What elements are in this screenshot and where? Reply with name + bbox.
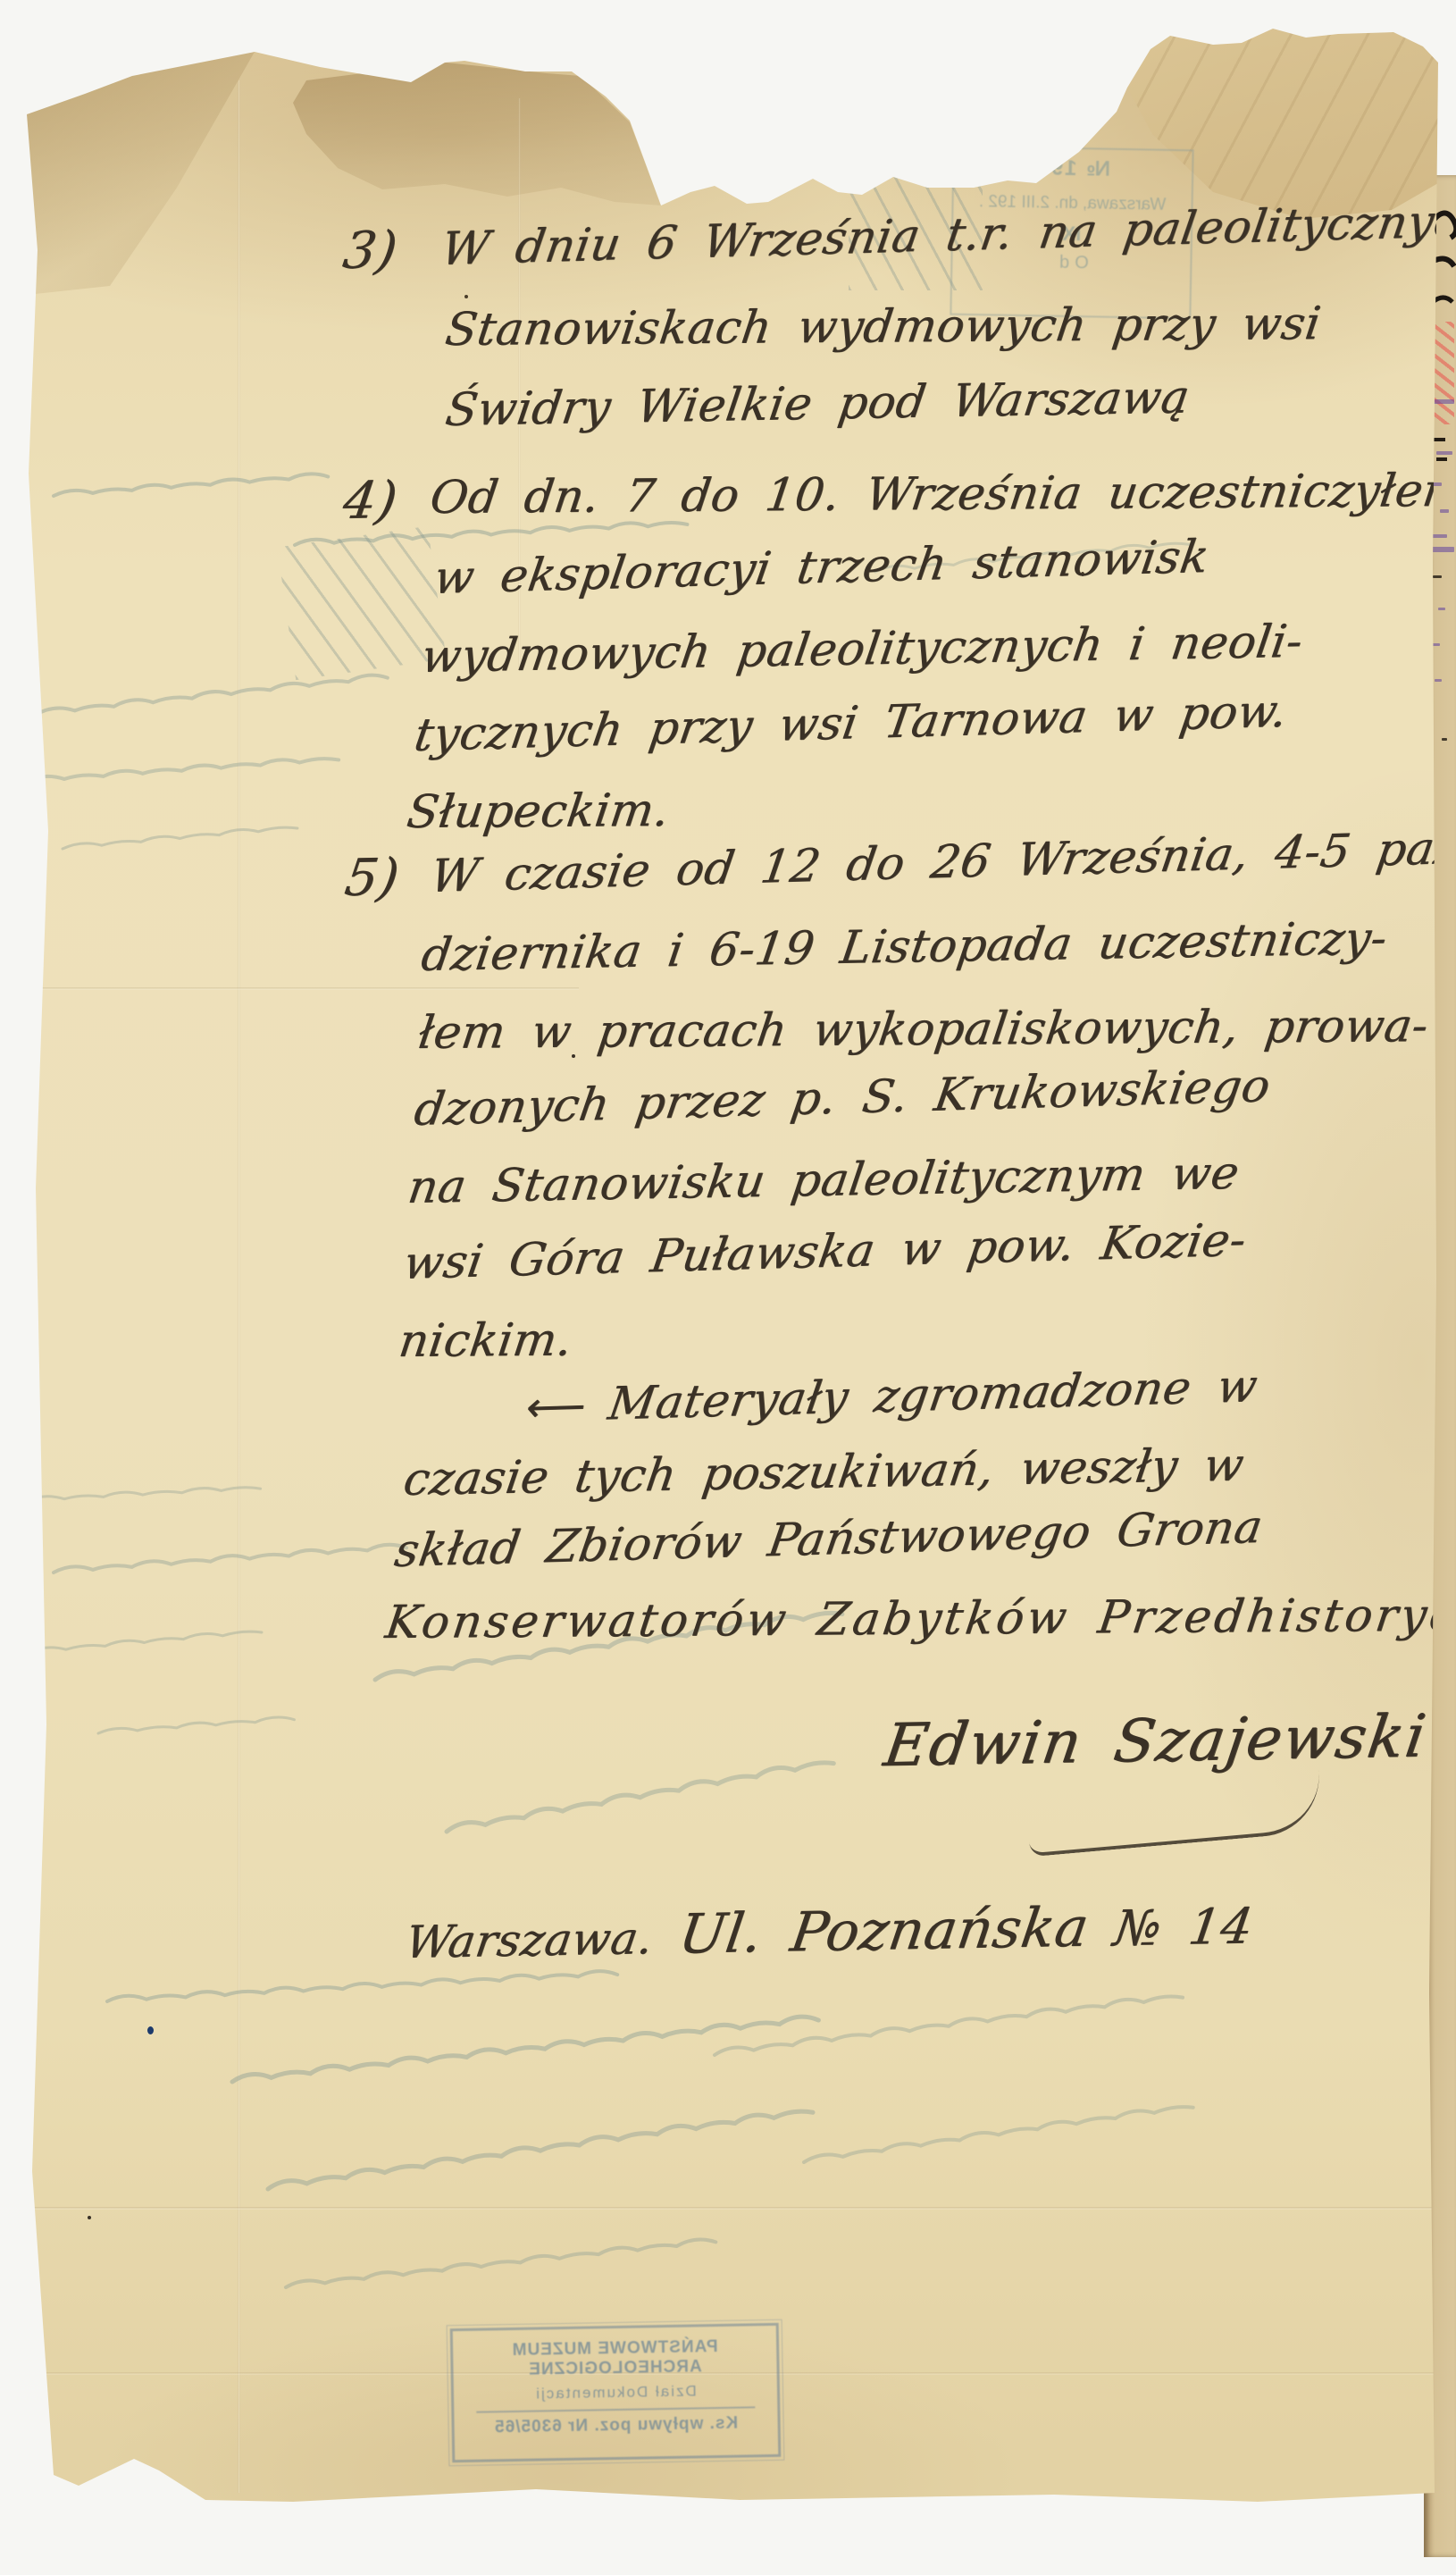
- signature-flourish: [1025, 1771, 1325, 1858]
- purple-mark: [1440, 509, 1449, 513]
- purple-mark: [1436, 451, 1452, 455]
- handwriting-line: dzonych przez p. S. Krukowskiego: [411, 1060, 1274, 1137]
- stamp-row: № 196: [954, 155, 1192, 184]
- signature: Edwin Szajewski: [880, 1701, 1431, 1780]
- handwriting-line: wsi Góra Puławska w pow. Kozie-: [400, 1214, 1250, 1290]
- closing-text: Materyały zgromadzone w: [605, 1360, 1260, 1430]
- ink-speck: [147, 2026, 154, 2034]
- item-marker: 5): [341, 848, 403, 908]
- address-city: Warszawa.: [402, 1912, 656, 1968]
- handwriting-line: Od dn. 7 do 10. Września uczestniczyłem: [427, 465, 1456, 524]
- handwriting-line: dziernika i 6-19 Listopada uczestniczy-: [418, 912, 1391, 982]
- handwriting-line: tycznych przy wsi Tarnowa w pow.: [411, 685, 1291, 762]
- letter-page: № 196 Warszawa, dn. 2.III 192 . IX Od PA…: [25, 27, 1440, 2518]
- fold-crease: [25, 2207, 1436, 2210]
- address-street: Ul. Poznańska: [675, 1896, 1092, 1967]
- handwriting-line: nickim.: [396, 1314, 575, 1368]
- stamp-divider: [477, 2406, 755, 2412]
- stamp-row: Ks. wpływu poz. Nr 6305/65: [454, 2413, 777, 2438]
- fold-crease: [25, 987, 579, 990]
- handwriting-line: wydmowych paleolitycznych i neoli-: [418, 616, 1306, 684]
- torn-corner-fold: [25, 27, 293, 331]
- ink-speck: [1442, 738, 1447, 741]
- item-marker: 4): [339, 471, 401, 531]
- museum-stamp-bleed: PAŃSTWOWE MUZEUM ARCHEOLOGICZNE Dział Do…: [450, 2323, 782, 2462]
- ink-speck: [88, 2216, 91, 2219]
- ink-speck: [464, 295, 468, 298]
- handwriting-line: Stanowiskach wydmowych przy wsi: [442, 298, 1324, 356]
- ink-speck: [1433, 575, 1442, 578]
- handwriting-line: Słupeckim.: [404, 784, 673, 839]
- handwriting-line: czasie tych poszukiwań, weszły w: [400, 1439, 1247, 1506]
- handwriting-line: ⟵ Materyały zgromadzone w: [523, 1360, 1261, 1433]
- leading-dash-arrow: ⟵: [523, 1381, 585, 1431]
- handwriting-line: na Stanowisku paleolitycznym we: [405, 1147, 1243, 1214]
- fold-crease: [238, 80, 240, 2493]
- scanner-background: { "page": { "kind": "scanned handwritten…: [0, 0, 1456, 2575]
- handwriting-line: łem w pracach wykopaliskowych, prowa-: [415, 1000, 1431, 1060]
- purple-mark: [1438, 608, 1445, 610]
- address-number: № 14: [1110, 1898, 1257, 1958]
- handwriting-line: w eksploracyi trzech stanowisk: [431, 531, 1212, 605]
- stamp-row: Dział Dokumentacji: [454, 2381, 777, 2404]
- purple-mark: [1435, 679, 1442, 682]
- address-line: Warszawa. Ul. Poznańska № 14: [402, 1893, 1258, 1971]
- handwriting-line: Konserwatorów Zabytków Przedhistorycz: [382, 1589, 1456, 1649]
- purple-mark: [1431, 547, 1454, 552]
- handwriting-line: Świdry Wielkie pod Warszawą: [442, 372, 1192, 437]
- handwriting-line: skład Zbiorów Państwowego Grona: [391, 1501, 1266, 1578]
- stamp-row: PAŃSTWOWE MUZEUM ARCHEOLOGICZNE: [453, 2336, 777, 2381]
- item-marker: 3): [339, 221, 401, 281]
